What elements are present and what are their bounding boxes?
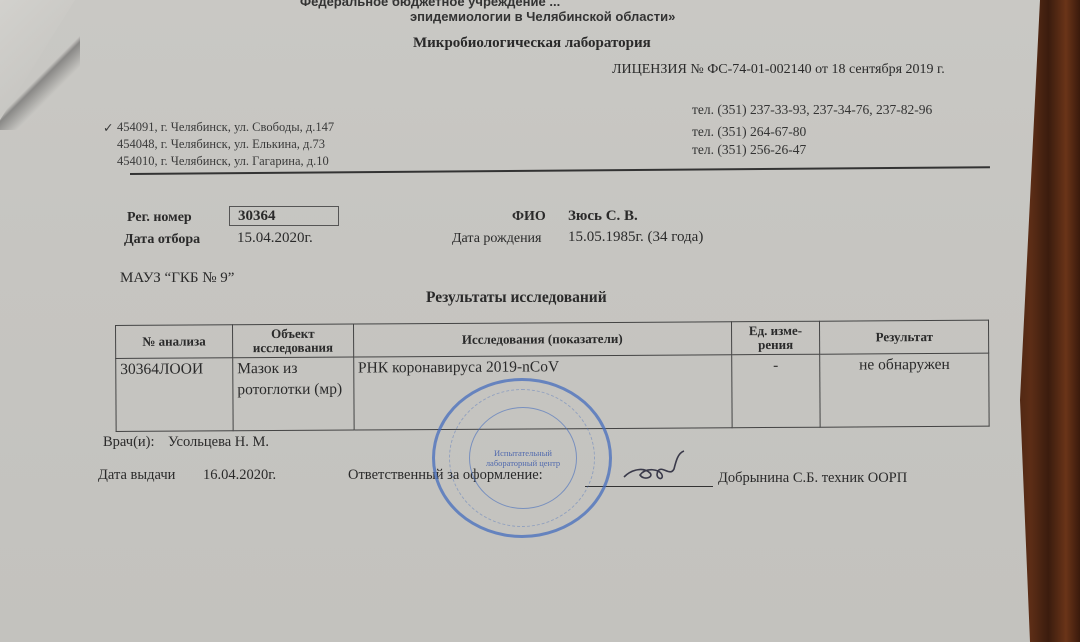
sample-date-value: 15.04.2020г.	[237, 230, 313, 247]
results-title: Результаты исследований	[426, 289, 607, 307]
lab-name: Микробиологическая лаборатория	[413, 35, 651, 52]
address-2: 454048, г. Челябинск, ул. Елькина, д.73	[117, 137, 325, 152]
phone-2: тел. (351) 264-67-80	[692, 124, 806, 140]
responsible-name: Добрынина С.Б. техник ООРП	[718, 470, 907, 487]
col-analysis-no: № анализа	[116, 325, 233, 359]
address-3: 454010, г. Челябинск, ул. Гагарина, д.10	[117, 154, 329, 169]
dob-label: Дата рождения	[452, 231, 542, 247]
patient-name-label: ФИО	[512, 209, 546, 225]
official-stamp: Испытательный лабораторный центр	[432, 378, 612, 538]
doctor-name: Усольцева Н. М.	[168, 434, 269, 451]
dob-value: 15.05.1985г. (34 года)	[568, 229, 703, 246]
phone-3: тел. (351) 256-26-47	[692, 142, 806, 158]
address-1: 454091, г. Челябинск, ул. Свободы, д.147	[117, 120, 334, 135]
institution: МАУЗ “ГКБ № 9”	[120, 270, 234, 287]
col-result: Результат	[820, 320, 989, 354]
org-header-line1: Федеральное бюджетное учреждение ...	[300, 0, 560, 9]
doctor-label: Врач(и):	[103, 434, 155, 451]
col-unit: Ед. изме-рения	[731, 321, 820, 355]
cell-object: Мазок из ротоглотки (мр)	[233, 357, 354, 431]
issue-date-label: Дата выдачи	[98, 467, 175, 484]
reg-number-label: Рег. номер	[127, 210, 192, 226]
reg-number-box: 30364	[229, 206, 339, 226]
address-checkmark-icon: ✓	[103, 120, 113, 136]
org-header-line2: эпидемиологии в Челябинской области»	[410, 9, 675, 24]
col-test: Исследования (показатели)	[353, 322, 731, 357]
cell-unit: -	[731, 354, 820, 428]
phone-1: тел. (351) 237-33-93, 237-34-76, 237-82-…	[692, 102, 932, 118]
issue-date-value: 16.04.2020г.	[203, 467, 276, 484]
sample-date-label: Дата отбора	[124, 232, 200, 248]
col-object: Объект исследования	[232, 324, 353, 358]
license-line: ЛИЦЕНЗИЯ № ФС-74-01-002140 от 18 сентябр…	[612, 62, 945, 78]
lab-report-sheet: Федеральное бюджетное учреждение ... эпи…	[0, 0, 1060, 642]
stamp-center-text: Испытательный лабораторный центр	[469, 407, 577, 509]
results-header-row: № анализа Объект исследования Исследован…	[116, 320, 989, 358]
patient-name-value: Зюсь С. В.	[568, 208, 638, 225]
cell-result: не обнаружен	[820, 353, 989, 427]
cell-analysis-no: 30364ЛООИ	[116, 358, 233, 432]
signature-mark-icon	[620, 447, 690, 487]
